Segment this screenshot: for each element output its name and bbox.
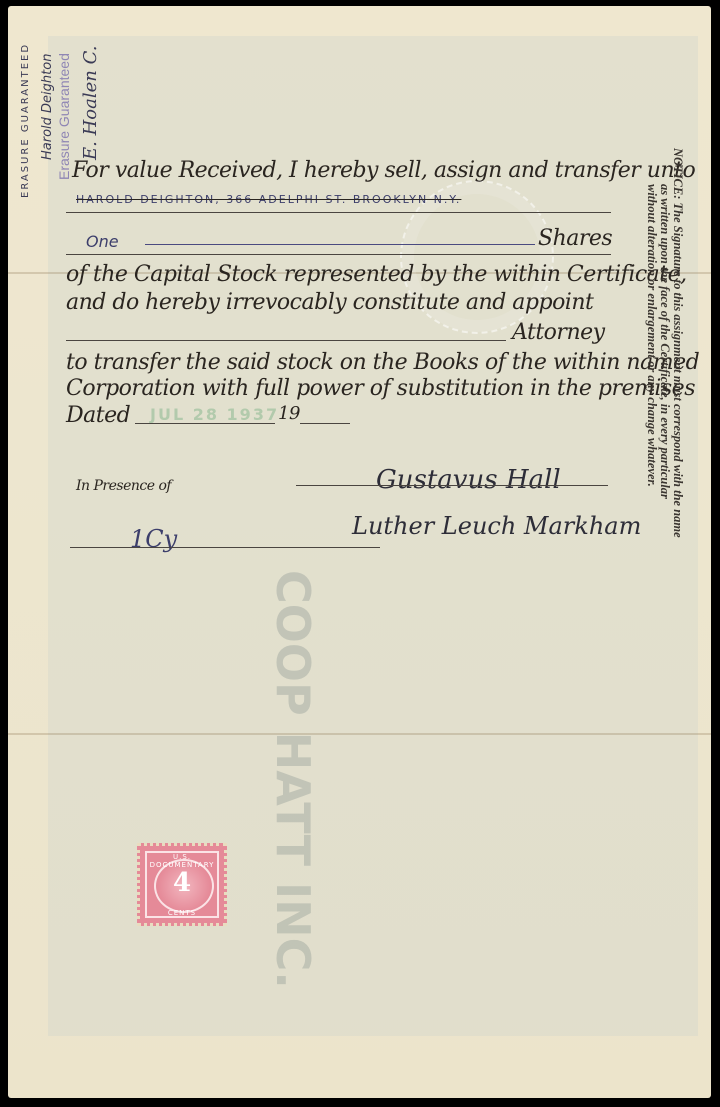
shares-line bbox=[66, 254, 611, 255]
notice-line-3: without alteration or enlargement or any… bbox=[645, 148, 658, 538]
handwritten-name-margin: Harold Deighton bbox=[40, 54, 55, 160]
signature-2: Luther Leuch Markham bbox=[352, 512, 641, 540]
year-prefix: 19 bbox=[278, 403, 300, 424]
notice-text: NOTICE: The Signature to this assignment… bbox=[645, 148, 684, 538]
presence-label: In Presence of bbox=[76, 478, 171, 494]
year-line bbox=[300, 423, 350, 424]
date-stamp: JUL 28 1937 bbox=[150, 405, 279, 424]
assignment-line-6: to transfer the said stock on the Books … bbox=[66, 350, 699, 375]
show-through-company-name: COOP HATT INC. bbox=[266, 570, 320, 989]
shares-fill-line bbox=[145, 244, 535, 245]
assignment-line-7: Corporation with full power of substitut… bbox=[66, 376, 695, 401]
attorney-label: Attorney bbox=[512, 320, 605, 345]
shares-amount: One bbox=[86, 232, 119, 251]
notice-line-1: NOTICE: The Signature to this assignment… bbox=[671, 148, 684, 538]
attorney-line bbox=[66, 340, 506, 341]
stamp-value: 4 bbox=[140, 868, 224, 898]
witness-line bbox=[70, 547, 380, 548]
transferee-line bbox=[66, 212, 611, 213]
assignment-line-4: and do hereby irrevocably constitute and… bbox=[66, 290, 593, 315]
revenue-stamp: U.S. DOCUMENTARY 4 CENTS bbox=[137, 843, 227, 926]
erasure-guaranteed-stamp: Erasure Guaranteed bbox=[56, 53, 72, 180]
initials-signature: E. Hoalen C. bbox=[80, 46, 101, 160]
fold-line bbox=[8, 733, 711, 735]
assignment-line-1: For value Received, I hereby sell, assig… bbox=[72, 158, 695, 183]
transferee-struck-out: HAROLD DEIGHTON, 366 ADELPHI ST. BROOKLY… bbox=[76, 193, 461, 206]
assignment-line-3: of the Capital Stock represented by the … bbox=[66, 262, 687, 287]
notice-line-2: as written upon the face of the Certific… bbox=[658, 148, 671, 538]
dated-label: Dated bbox=[66, 403, 130, 428]
witness-mark: 1Cy bbox=[130, 525, 177, 553]
signature-1: Gustavus Hall bbox=[376, 465, 561, 495]
signature-1-line bbox=[296, 485, 608, 486]
date-line bbox=[135, 423, 275, 424]
handwritten-erasure-guaranteed: ERASURE GUARANTEED bbox=[20, 43, 31, 198]
shares-label: Shares bbox=[538, 226, 612, 251]
